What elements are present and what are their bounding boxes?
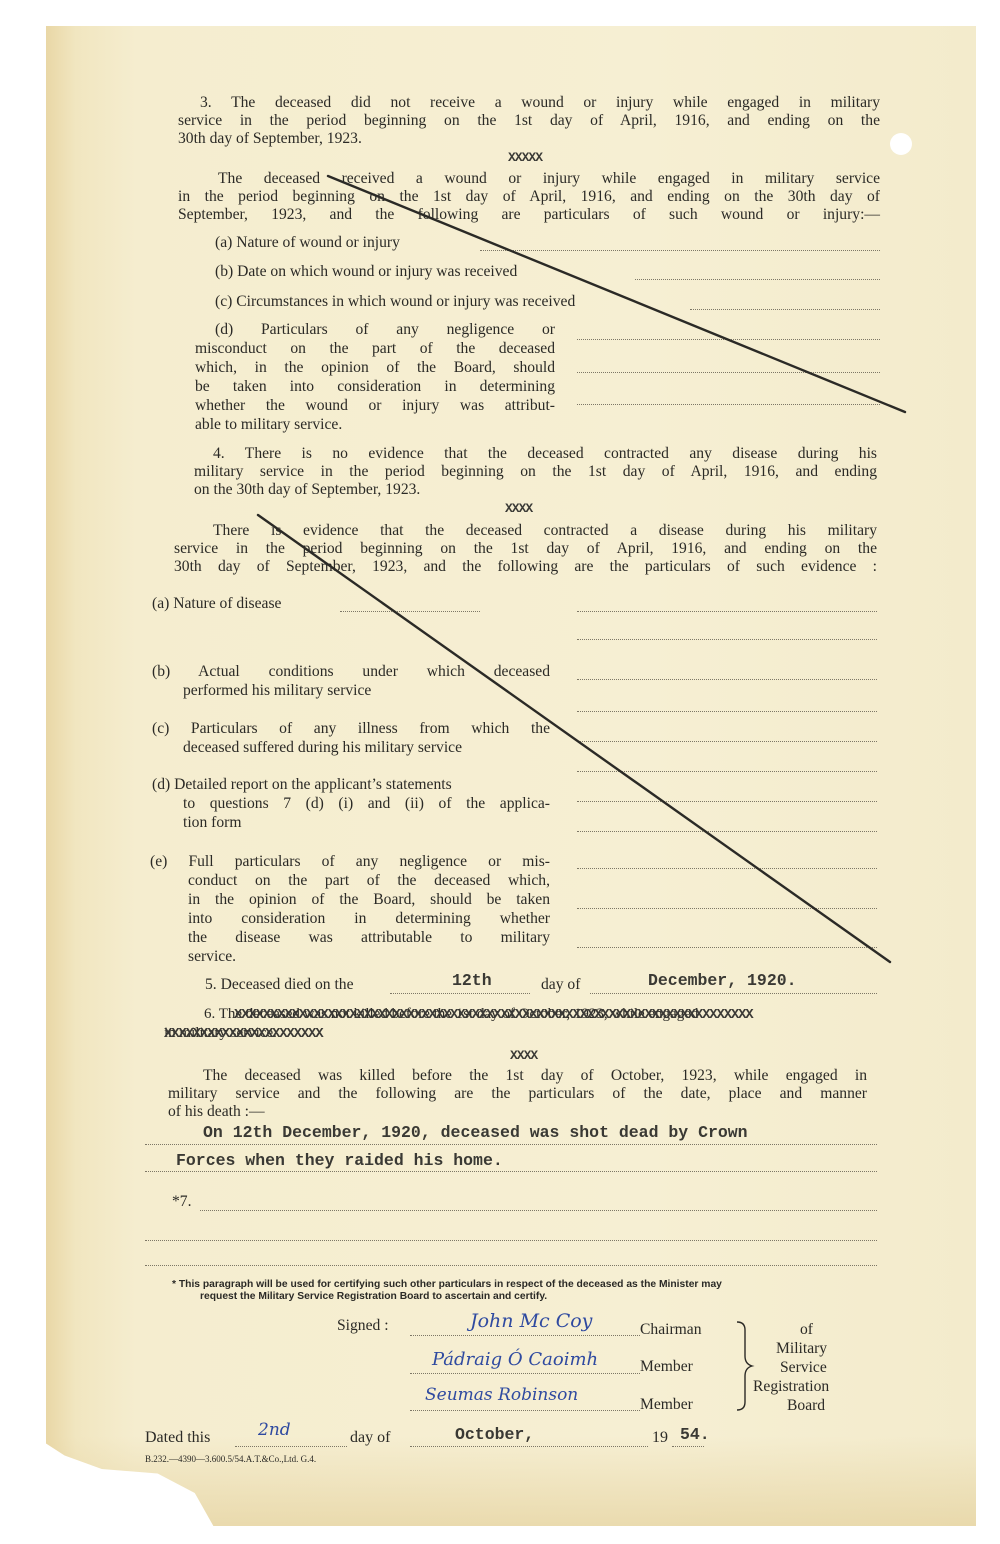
s6-overtype-2: XXXXXXXXXXXXXXXXXXXXXX [164,1026,322,1042]
board-military: Military [776,1339,827,1358]
s6-manner-field-2[interactable] [145,1171,877,1172]
s4-item-c-field-2[interactable] [577,771,877,772]
s6-typed-line2: Forces when they raided his home. [176,1151,503,1170]
s5-prefix: 5. Deceased died on the [205,975,354,994]
s3-item-d-field-2[interactable] [577,372,880,373]
s4-item-e-1: (e) Full particulars of any negligence o… [150,852,550,871]
s5-month-value: December, 1920. [648,971,797,990]
s6-typed-line1: On 12th December, 1920, deceased was sho… [203,1123,748,1142]
s4-item-e-3: in the opinion of the Board, should be t… [188,890,550,909]
s4-item-b-field-2[interactable] [577,711,877,712]
s4-line1: 4. There is no evidence that the decease… [213,444,877,463]
dated-day-value: 2nd [258,1420,291,1440]
s4-line2: military service in the period beginning… [194,462,877,481]
form-code: B.232.—4390—3.600.5/54.A.T.&Co.,Ltd. G.4… [145,1454,316,1465]
board-of: of [800,1320,813,1339]
s3-item-a-field[interactable] [480,250,880,251]
s4-item-b-field[interactable] [577,679,877,680]
s6-overtype-1: XXXXXXXXXXXXXXXXXXXXXXXXXXXXXXXXXXXXXXXX… [234,1007,753,1023]
s4-item-b-1: (b) Actual conditions under which deceas… [152,662,550,681]
s3-item-c-field[interactable] [690,309,880,310]
s4-item-d-3: tion form [183,813,241,832]
s4-item-d-field[interactable] [577,801,877,802]
s6-manner-field-1[interactable] [145,1144,877,1145]
s7-label: *7. [172,1192,192,1211]
s4-item-e-4: into consideration in determining whethe… [188,909,550,928]
s4-item-e-field-2[interactable] [577,908,877,909]
s3-item-d-3: which, in the opinion of the Board, shou… [195,358,555,377]
footnote-line1: * This paragraph will be used for certif… [172,1279,722,1291]
s3-item-d-2: misconduct on the part of the deceased [195,339,555,358]
s3-item-d-field-1[interactable] [577,339,880,340]
signature-member2-field[interactable] [410,1410,640,1411]
signature-member1: Pádraig Ó Caoimh [432,1349,598,1370]
s7-field-2[interactable] [145,1240,877,1241]
s3-item-b-field[interactable] [635,279,880,280]
signature-chairman: John Mc Coy [470,1310,592,1332]
s7-field-3[interactable] [145,1265,877,1266]
s3-wound-line3: September, 1923, and the following are p… [178,205,880,224]
board-registration: Registration [753,1377,829,1396]
s3-item-d-4: be taken into consideration in determini… [195,377,555,396]
s4-item-d-field-2[interactable] [577,831,877,832]
dated-month-value: October, [455,1425,534,1444]
s4-xx-mark: XXXX [505,501,532,516]
s6-killed-line2: military service and the following are t… [168,1084,867,1103]
s6-killed-line3: of his death :— [168,1102,265,1121]
s4-line3: on the 30th day of September, 1923. [194,480,420,499]
s3-wound-line1: The deceased received a wound or injury … [218,169,880,188]
dated-year-value: 54. [680,1425,710,1444]
footnote-line2: request the Military Service Registratio… [200,1291,547,1303]
dated-prefix: Dated this [145,1428,210,1447]
s3-item-d-1: (d) Particulars of any negligence or [215,320,555,339]
signature-chairman-field[interactable] [410,1335,640,1336]
s5-day-field[interactable] [390,993,530,994]
s3-item-d-5: whether the wound or injury was attribut… [195,396,555,415]
s3-wound-line2: in the period beginning on the 1st day o… [178,187,880,206]
s3-xx-mark: XXXXX [508,150,542,165]
role-member1: Member [640,1357,693,1376]
role-member2: Member [640,1395,693,1414]
s4-item-c-2: deceased suffered during his military se… [183,738,462,757]
s5-mid: day of [541,975,580,994]
dated-day-field[interactable] [235,1446,347,1447]
s4-item-a-field-2[interactable] [577,639,877,640]
s6-killed-line1: The deceased was killed before the 1st d… [203,1066,867,1085]
board-service: Service [780,1358,827,1377]
role-chairman: Chairman [640,1320,702,1339]
board-board: Board [787,1396,825,1415]
s4-item-e-6: service. [188,947,236,966]
signed-label: Signed : [337,1316,389,1335]
s3-item-d-field-3[interactable] [577,404,880,405]
s6-xx-mark: XXXX [510,1048,537,1063]
s4-item-d-1: (d) Detailed report on the applicant’s s… [152,775,452,794]
s3-line1: 3. The deceased did not receive a wound … [200,93,880,112]
dated-month-field[interactable] [410,1446,648,1447]
s4-ev-line1: There is evidence that the deceased cont… [213,521,877,540]
signature-member2: Seumas Robinson [425,1385,578,1405]
s4-item-c-field[interactable] [577,741,877,742]
s3-item-d-6: able to military service. [195,415,342,434]
s3-item-b: (b) Date on which wound or injury was re… [215,262,517,281]
s4-item-a-field[interactable] [577,611,877,612]
s3-line3: 30th day of September, 1923. [178,129,362,148]
s4-item-a: (a) Nature of disease [152,594,281,613]
s4-item-a-leader [340,611,480,612]
s4-item-e-2: conduct on the part of the deceased whic… [188,871,550,890]
s4-item-e-field-3[interactable] [577,947,877,948]
s4-item-b-2: performed his military service [183,681,371,700]
signature-member1-field[interactable] [410,1373,640,1374]
s4-ev-line2: service in the period beginning on the 1… [174,539,877,558]
dated-mid: day of [350,1428,390,1447]
s7-field-1[interactable] [200,1210,877,1211]
s3-item-c: (c) Circumstances in which wound or inju… [215,292,575,311]
s5-month-field[interactable] [590,993,877,994]
s3-item-a: (a) Nature of wound or injury [215,233,400,252]
s5-day-value: 12th [452,971,492,990]
s4-item-e-5: the disease was attributable to military [188,928,550,947]
s4-item-e-field[interactable] [577,868,877,869]
dated-year-prefix: 19 [652,1428,668,1447]
s4-item-c-1: (c) Particulars of any illness from whic… [152,719,550,738]
s4-ev-line3: 30th day of September, 1923, and the fol… [174,557,877,576]
dated-year-field[interactable] [672,1446,704,1447]
punch-hole [890,133,912,155]
s3-line2: service in the period beginning on the 1… [178,111,880,130]
s4-item-d-2: to questions 7 (d) (i) and (ii) of the a… [183,794,550,813]
